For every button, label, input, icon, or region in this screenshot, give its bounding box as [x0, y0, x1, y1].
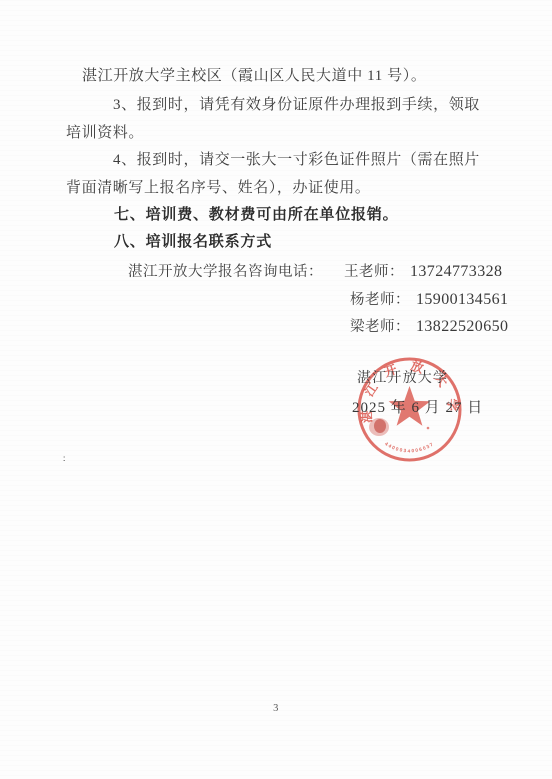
page-number: 3 — [0, 703, 552, 714]
section-heading-seven: 七、培训费、教材费可由所在单位报销。 — [114, 205, 398, 225]
contact-row-3: 梁老师： 13822520650 — [350, 315, 508, 336]
seal-ink-dot — [427, 427, 430, 430]
seal-serial-holder: 4400034006037 — [383, 441, 435, 454]
contact-row-2: 杨老师： 15900134561 — [350, 288, 508, 309]
seal-serial-number: 4400034006037 — [383, 441, 435, 454]
contact-label: 湛江开放大学报名咨询电话： — [128, 264, 323, 280]
contact-phone-1: 13724773328 — [410, 263, 502, 280]
contact-name-3: 梁老师： — [350, 319, 410, 335]
seal-ink-smudge-core — [374, 419, 386, 433]
signature-date: 2025 年 6 月 27 日 — [352, 396, 483, 417]
section-heading-eight: 八、培训报名联系方式 — [114, 232, 272, 252]
contact-name-1: 王老师： — [344, 264, 404, 280]
body-line-address: 湛江开放大学主校区（霞山区人民大道中 11 号）。 — [82, 66, 426, 86]
contact-phone-2: 15900134561 — [416, 291, 508, 308]
body-line-item3-a: 3、报到时，请凭有效身份证原件办理报到手续，领取 — [113, 95, 480, 115]
contact-phone-3: 13822520650 — [416, 318, 508, 335]
body-line-item3-b: 培训资料。 — [66, 123, 144, 143]
body-line-item4-b: 背面清晰写上报名序号、姓名），办证使用。 — [66, 178, 371, 198]
contact-name-2: 杨老师： — [350, 292, 410, 308]
scanned-document-page: 湛江开放大学主校区（霞山区人民大道中 11 号）。 3、报到时，请凭有效身份证原… — [0, 0, 552, 779]
body-line-item4-a: 4、报到时，请交一张大一寸彩色证件照片（需在照片 — [113, 150, 480, 170]
contact-row-1: 湛江开放大学报名咨询电话： 王老师： 13724773328 — [128, 260, 502, 281]
stray-ink-mark: ∶ — [63, 454, 65, 464]
signature-organization: 湛江开放大学 — [357, 367, 448, 387]
